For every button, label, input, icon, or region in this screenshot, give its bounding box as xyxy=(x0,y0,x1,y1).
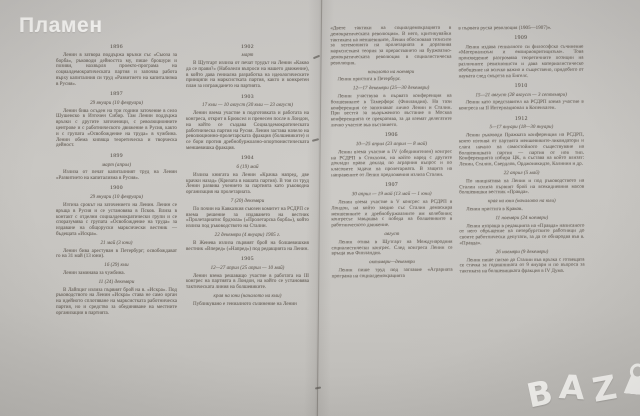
year-heading: 1902 xyxy=(186,45,309,51)
date-line: март xyxy=(188,53,307,59)
paragraph: Изтича срокът на заточението на Ленин. Л… xyxy=(56,203,177,238)
paragraph: Ленин пише писмо до Сталин във връзка с … xyxy=(460,257,585,275)
date-line: 22 декември (4 януари) 1905 г. xyxy=(188,233,307,239)
paragraph: Ленин пише труд под заглавие «Аграрната … xyxy=(332,268,453,280)
year-heading: 1903 xyxy=(186,95,309,101)
paragraph: Ленин пристига в Петербург. xyxy=(331,77,452,83)
paragraph: Ленин ръководи Пражката конференция на Р… xyxy=(459,133,584,168)
date-line: 30 април — 19 май (13 май — 1 юни) xyxy=(333,192,450,198)
year-heading: 1910 xyxy=(459,84,584,90)
bazar-letter: Z xyxy=(589,367,619,410)
date-line: март (април) xyxy=(58,163,175,169)
paragraph: «Двете тактики на социалдемокрацията в д… xyxy=(330,26,451,67)
text-column-right-1: «Двете тактики на социалдемокрацията в д… xyxy=(330,26,452,281)
date-line: 26 ноември (9 декември) xyxy=(462,249,583,255)
paragraph: Ленин взема участие в IV (обединителен) … xyxy=(331,150,452,180)
year-heading: 1897 xyxy=(56,92,177,98)
year-heading: 1906 xyxy=(331,133,452,139)
year-heading: 1909 xyxy=(458,36,583,42)
paragraph: Ленин бива осъден на три години заточени… xyxy=(56,109,177,150)
date-line: 16 (29) юли xyxy=(58,263,175,269)
date-line: октомври—декември xyxy=(334,260,451,266)
year-heading: 1896 xyxy=(56,45,177,51)
paragraph: Излиза книгата на Ленин «Крачка напред, … xyxy=(186,173,309,196)
date-line: 29 януари (10 февруари) xyxy=(58,195,175,201)
paragraph: Ленин взема участие в V конгрес на РСДРП… xyxy=(331,200,452,230)
paragraph: Ленин бива арестуван в Петербург; освобо… xyxy=(56,249,177,261)
paragraph: Ленин взема участие в подготовката и раб… xyxy=(186,111,309,152)
date-line: 6 (19) май xyxy=(188,165,307,171)
date-line: 17 юли — 10 август (30 юли — 23 август) xyxy=(188,103,307,109)
text-column-left-1: 1896Ленин в затвора поддържа връзки със … xyxy=(56,40,177,317)
bazar-logo: B A Z R xyxy=(525,362,640,409)
paragraph: По почин на Кавказкия съюзен комитет на … xyxy=(186,207,309,230)
bazar-letter: B xyxy=(523,372,556,415)
paragraph: Ленин изпраща в редакцията на «Правда» н… xyxy=(459,223,584,247)
paragraph: В Лайпциг излиза първият брой на в. «Иск… xyxy=(56,288,177,317)
paragraph: в първата руска революция (1905—1907)». xyxy=(458,26,583,32)
paragraph: В Женева излиза първият брой на болшевиш… xyxy=(186,241,309,253)
year-heading: 1912 xyxy=(459,116,584,122)
date-line: август xyxy=(333,232,450,238)
date-line: 29 януари (10 февруари) xyxy=(58,101,175,107)
date-line: 5—17 януари (18—30 януари) xyxy=(461,125,582,131)
year-heading: 1907 xyxy=(331,183,452,189)
text-column-right-2: в първата руска революция (1905—1907)».1… xyxy=(458,26,584,276)
date-line: 12—17 декември (25—30 декември) xyxy=(333,86,450,92)
paragraph: Ленин в затвора поддържа връзки със «Съю… xyxy=(56,53,177,88)
date-line: края на юни (началото на юли) xyxy=(188,294,307,300)
date-line: 7 (20) декември xyxy=(188,199,307,205)
paragraph: Ленин като представител на РСДРП взема у… xyxy=(459,100,584,112)
seller-watermark: Пламен xyxy=(19,14,103,38)
year-heading: 1904 xyxy=(186,156,309,162)
text-column-left-2: 1902мартВ Щутгарт излиза от печат трудът… xyxy=(186,40,309,308)
date-line: 21 май (3 юни) xyxy=(58,241,175,247)
date-line: 10—25 април (23 април — 8 май) xyxy=(333,142,450,148)
date-line: 11 (24) декември xyxy=(58,280,175,286)
date-line: 15—21 август (28 август — 3 септември) xyxy=(461,92,582,98)
paragraph: Ленин издава гениалното си философско съ… xyxy=(458,44,583,79)
paragraph: Ленин участвува в първата конференция на… xyxy=(331,94,452,129)
paragraph: Излиза от печат капиталният труд на Лени… xyxy=(56,170,177,182)
paragraph: Ленин заминава за чужбина. xyxy=(56,271,177,277)
year-heading: 1905 xyxy=(186,257,309,263)
shopping-bag-a-icon xyxy=(624,366,640,395)
date-line: 22 април (5 май) xyxy=(461,171,582,177)
paragraph: В Щутгарт излиза от печат трудът на Лени… xyxy=(186,61,309,90)
book-spread-photo: 1896Ленин в затвора поддържа връзки със … xyxy=(0,0,640,416)
paragraph: Ленин взема решаващо участие в работата … xyxy=(186,274,309,291)
year-heading: 1899 xyxy=(56,154,177,160)
paragraph: По инициатива на Ленин и под ръководство… xyxy=(459,178,584,196)
date-line: 11 ноември (24 ноември) xyxy=(461,215,582,221)
date-line: 12—27 април (25 април — 10 май) xyxy=(188,266,307,272)
year-heading: 1900 xyxy=(56,186,177,192)
bazar-letter: A xyxy=(558,367,586,407)
date-line: края на юни (началото на юли) xyxy=(461,199,582,205)
date-line: началото на ноември xyxy=(333,69,450,75)
paragraph: Ленин пристига в Краков. xyxy=(459,207,584,213)
paragraph: Ленин отива в Щутгарт на Международния с… xyxy=(331,239,452,257)
paragraph: Публикувано е гениалното съчинение на Ле… xyxy=(186,302,309,308)
